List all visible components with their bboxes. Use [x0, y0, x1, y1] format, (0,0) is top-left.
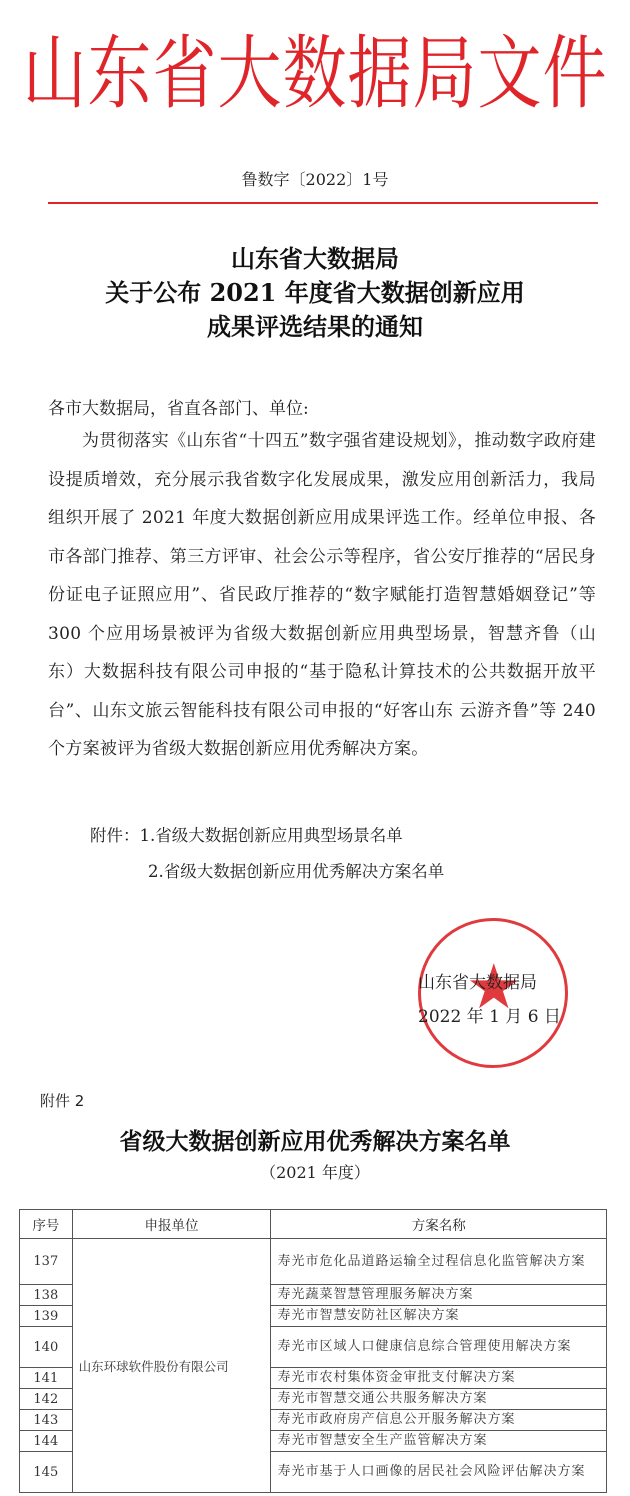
notice-title: 山东省大数据局 关于公布 2021 年度省大数据创新应用 成果评选结果的通知 — [0, 242, 630, 344]
red-divider — [48, 202, 598, 204]
row-no: 144 — [20, 1431, 73, 1452]
header-unit: 申报单位 — [72, 1210, 271, 1239]
attachment-1: 附件：1.省级大数据创新应用典型场景名单 — [90, 818, 444, 854]
row-no: 140 — [20, 1327, 73, 1368]
document-number: 鲁数字〔2022〕1号 — [0, 167, 630, 190]
row-no: 141 — [20, 1368, 73, 1389]
solutions-table: 序号 申报单位 方案名称 137 山东环球软件股份有限公司 寿光市危化品道路运输… — [19, 1209, 607, 1493]
row-no: 142 — [20, 1389, 73, 1410]
title-line-2: 关于公布 2021 年度省大数据创新应用 — [0, 276, 630, 310]
header-name: 方案名称 — [271, 1210, 607, 1239]
row-no: 145 — [20, 1452, 73, 1493]
title-line-3: 成果评选结果的通知 — [0, 310, 630, 344]
row-name: 寿光市基于人口画像的居民社会风险评估解决方案 — [271, 1452, 607, 1493]
row-name: 寿光蔬菜智慧管理服务解决方案 — [271, 1285, 607, 1306]
row-no: 139 — [20, 1306, 73, 1327]
attachment2-year: （2021 年度） — [0, 1160, 630, 1183]
row-no: 143 — [20, 1410, 73, 1431]
row-name: 寿光市危化品道路运输全过程信息化监管解决方案 — [271, 1239, 607, 1285]
attachment-list: 附件：1.省级大数据创新应用典型场景名单 2.省级大数据创新应用优秀解决方案名单 — [90, 818, 444, 890]
row-name: 寿光市政府房产信息公开服务解决方案 — [271, 1410, 607, 1431]
table-header-row: 序号 申报单位 方案名称 — [20, 1210, 607, 1239]
row-name: 寿光市智慧安防社区解决方案 — [271, 1306, 607, 1327]
row-unit: 山东环球软件股份有限公司 — [72, 1239, 271, 1493]
table-row: 137 山东环球软件股份有限公司 寿光市危化品道路运输全过程信息化监管解决方案 — [20, 1239, 607, 1285]
row-name: 寿光市智慧安全生产监管解决方案 — [271, 1431, 607, 1452]
row-no: 138 — [20, 1285, 73, 1306]
header-no: 序号 — [20, 1210, 73, 1239]
issue-date: 2022 年 1 月 6 日 — [418, 1002, 561, 1027]
row-name: 寿光市智慧交通公共服务解决方案 — [271, 1389, 607, 1410]
row-name: 寿光市区域人口健康信息综合管理使用解决方案 — [271, 1327, 607, 1368]
attachment2-title: 省级大数据创新应用优秀解决方案名单 — [0, 1123, 630, 1156]
attachment2-label: 附件 2 — [40, 1090, 84, 1111]
title-line-1: 山东省大数据局 — [0, 242, 630, 276]
salutation: 各市大数据局，省直各部门、单位: — [48, 394, 309, 419]
attachment-2: 2.省级大数据创新应用优秀解决方案名单 — [90, 854, 444, 890]
masthead-title: 山东省大数据局文件 — [0, 22, 630, 127]
body-paragraph: 为贯彻落实《山东省“十四五”数字强省建设规划》，推动数字政府建设提质增效，充分展… — [48, 422, 596, 769]
row-no: 137 — [20, 1239, 73, 1285]
signature-org: 山东省大数据局 — [418, 968, 537, 993]
row-name: 寿光市农村集体资金审批支付解决方案 — [271, 1368, 607, 1389]
